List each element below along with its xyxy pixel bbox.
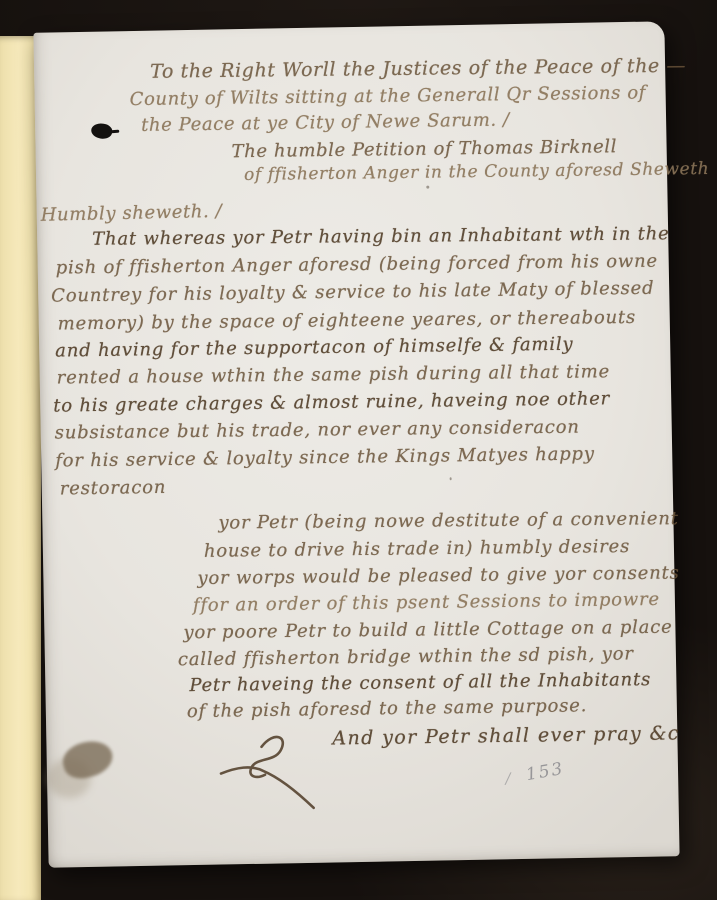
- salutation-line: Humbly sheweth. /: [41, 201, 223, 226]
- body-line: rented a house wthin the same pish durin…: [57, 361, 611, 388]
- paraph-flourish: [206, 728, 328, 820]
- paper-speck: [450, 477, 452, 480]
- body-line: and having for the supportacon of himsel…: [55, 334, 573, 362]
- heading-line: the Peace at ye City of Newe Sarum. /: [141, 109, 510, 135]
- heading-line: County of Wilts sitting at the Generall …: [130, 82, 647, 110]
- body-line: memory) by the space of eighteene yeares…: [58, 307, 636, 335]
- request-line: house to drive his trade in) humbly desi…: [204, 536, 630, 562]
- petition-intro-line: The humble Petition of Thomas Birknell: [231, 136, 617, 162]
- request-line: yor poore Petr to build a little Cottage…: [183, 617, 672, 644]
- paper-speck: [370, 399, 372, 401]
- request-line: of the pish aforesd to the same purpose.: [187, 695, 588, 722]
- heading-line: To the Right Worll the Justices of the P…: [150, 55, 686, 83]
- ink-blot: [90, 122, 113, 139]
- closing-line: And yor Petr shall ever pray &c: [332, 722, 680, 749]
- body-line: restoracon: [60, 477, 167, 500]
- body-line: pish of ffisherton Anger aforesd (being …: [56, 251, 658, 279]
- folio-number: /153: [504, 759, 566, 789]
- photo-background: To the Right Worll the Justices of the P…: [0, 0, 717, 900]
- request-line: yor Petr (being nowe destitute of a conv…: [218, 508, 679, 533]
- body-line: to his greate charges & almost ruine, ha…: [53, 388, 610, 416]
- request-line: called ffisherton bridge wthin the sd pi…: [178, 643, 634, 670]
- folio-number-value: 153: [525, 759, 566, 785]
- petition-intro-line: of ffisherton Anger in the County afores…: [244, 159, 709, 185]
- body-line: for his service & loyalty since the King…: [55, 443, 595, 471]
- body-line: subsistance but his trade, nor ever any …: [55, 417, 580, 444]
- body-line: Countrey for his loyalty & service to hi…: [51, 278, 654, 307]
- paper-speck: [426, 186, 429, 189]
- folio-slash-mark: /: [505, 769, 513, 787]
- manuscript-page: To the Right Worll the Justices of the P…: [33, 21, 679, 867]
- request-line: Petr haveing the consent of all the Inha…: [189, 669, 651, 696]
- body-line: That whereas yor Petr having bin an Inha…: [92, 223, 670, 250]
- request-line: ffor an order of this psent Sessions to …: [193, 589, 660, 616]
- request-line: yor worps would be pleased to give yor c…: [197, 562, 679, 588]
